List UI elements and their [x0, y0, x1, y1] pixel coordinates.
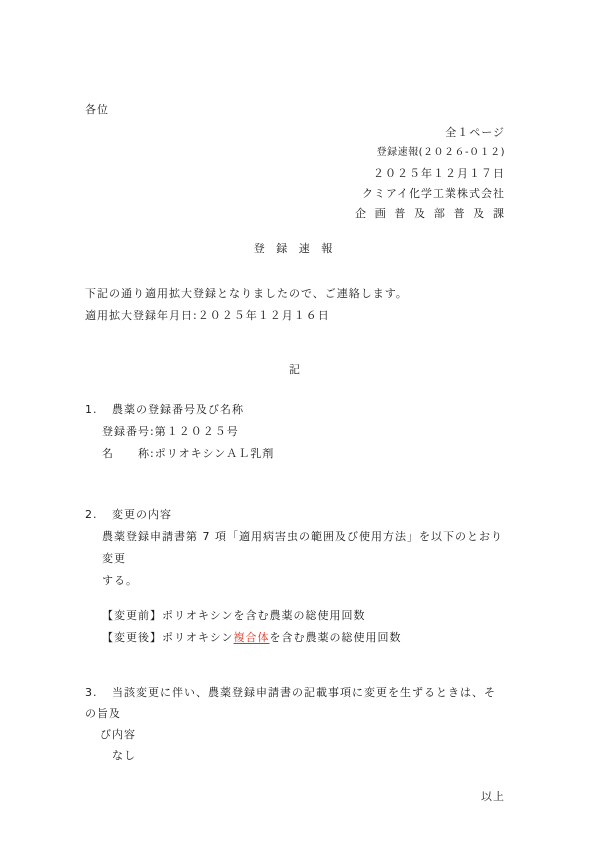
- intro-line-1: 下記の通り適用拡大登録となりましたので、ご連絡します。: [85, 283, 505, 305]
- section-1-number: 1.: [85, 399, 112, 421]
- intro-line-2: 適用拡大登録年月日:２０２５年１２月１６日: [85, 305, 505, 327]
- section-registration-info: 1.農薬の登録番号及び名称 登録番号:第１２０２５号 名 称:ポリオキシンＡＬ乳…: [85, 399, 505, 465]
- department-name: 企画普及部普及課: [355, 204, 505, 224]
- section-2-title: 変更の内容: [112, 508, 172, 521]
- section-1-body: 登録番号:第１２０２５号 名 称:ポリオキシンＡＬ乳剤: [102, 421, 505, 465]
- record-marker: 記: [85, 363, 505, 376]
- company-name: クミアイ化学工業株式会社: [362, 184, 505, 204]
- bulletin-number: 登録速報(２０２６-０１２): [377, 147, 505, 159]
- section-1-heading: 1.農薬の登録番号及び名称: [85, 399, 505, 421]
- section-related-changes: 3.当該変更に伴い、農薬登録申請書の記載事項に変更を生ずるときは、その旨及 び内…: [85, 682, 505, 766]
- issue-date: ２０２５年１２月１７日: [373, 164, 505, 184]
- spacer: [102, 592, 505, 605]
- before-change-text: 【変更前】ポリオキシンを含む農薬の総使用回数: [102, 609, 366, 622]
- page-count: 全１ページ: [445, 122, 505, 143]
- section-2-heading: 2.変更の内容: [85, 504, 505, 526]
- change-description-line-1: 農薬登録申請書第 7 項「適用病害虫の範囲及び使用方法」を以下のとおり変更: [102, 526, 505, 570]
- section-change-details: 2.変更の内容 農薬登録申請書第 7 項「適用病害虫の範囲及び使用方法」を以下の…: [85, 504, 505, 649]
- section-1-title: 農薬の登録番号及び名称: [112, 403, 244, 416]
- closing-marker: 以上: [85, 790, 505, 803]
- section-3-title-line-1: 当該変更に伴い、農薬登録申請書の記載事項に変更を生ずるときは、その旨及: [85, 686, 496, 720]
- registration-number-line: 登録番号:第１２０２５号: [102, 421, 505, 443]
- before-change-line: 【変更前】ポリオキシンを含む農薬の総使用回数: [102, 605, 505, 627]
- document-page: 各位 全１ページ 登録速報(２０２６-０１２) ２０２５年１２月１７日 クミアイ…: [0, 0, 596, 842]
- recipient: 各位: [85, 103, 505, 116]
- product-name-line: 名 称:ポリオキシンＡＬ乳剤: [102, 443, 505, 465]
- after-change-line: 【変更後】ポリオキシン複合体を含む農薬の総使用回数: [102, 627, 505, 649]
- after-change-prefix: 【変更後】ポリオキシン: [102, 631, 234, 644]
- section-3-number: 3.: [85, 682, 112, 703]
- section-2-body: 農薬登録申請書第 7 項「適用病害虫の範囲及び使用方法」を以下のとおり変更 する…: [102, 526, 505, 649]
- section-3-heading: 3.当該変更に伴い、農薬登録申請書の記載事項に変更を生ずるときは、その旨及: [85, 682, 505, 724]
- section-3-content: なし: [112, 745, 505, 766]
- after-change-suffix: を含む農薬の総使用回数: [270, 631, 402, 644]
- section-3-title-line-2: び内容: [100, 724, 505, 745]
- after-change-highlighted-text: 複合体: [234, 631, 270, 644]
- intro-paragraph: 下記の通り適用拡大登録となりましたので、ご連絡します。 適用拡大登録年月日:２０…: [85, 283, 505, 327]
- section-2-number: 2.: [85, 504, 112, 526]
- header-right-block: 全１ページ 登録速報(２０２６-０１２) ２０２５年１２月１７日 クミアイ化学工…: [85, 122, 505, 224]
- change-description-line-2: する。: [102, 570, 505, 592]
- document-title: 登 録 速 報: [85, 242, 505, 255]
